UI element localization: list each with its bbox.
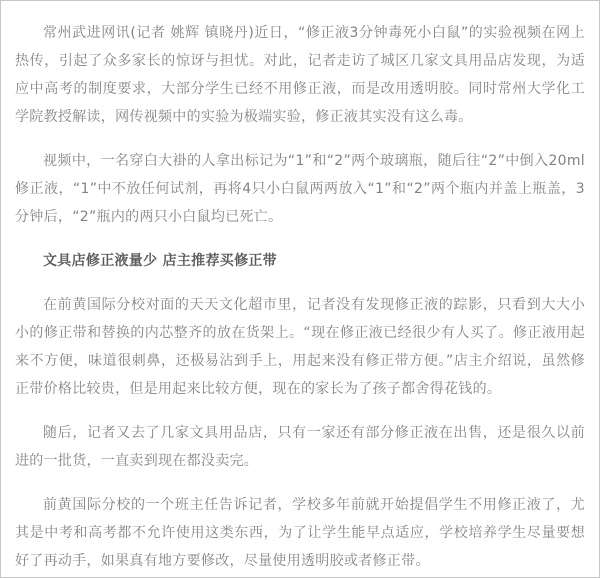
section-heading: 文具店修正液量少 店主推荐买修正带 [15,247,585,275]
paragraph-store-visit: 在前黄国际分校对面的天天文化超市里，记者没有发现修正液的踪影，只看到大大小小的修… [15,291,585,403]
paragraph-intro: 常州武进网讯(记者 姚辉 镇晓丹)近日，“修正液3分钟毒死小白鼠”的实验视频在网… [15,19,585,131]
paragraph-school-policy: 前黄国际分校的一个班主任告诉记者，学校多年前就开始提倡学生不用修正液了，尤其是中… [15,491,585,575]
paragraph-experiment-description: 视频中，一名穿白大褂的人拿出标记为“1”和“2”两个玻璃瓶，随后往“2”中倒入2… [15,147,585,231]
article-page: 常州武进网讯(记者 姚辉 镇晓丹)近日，“修正液3分钟毒死小白鼠”的实验视频在网… [0,0,600,578]
paragraph-other-stores: 随后，记者又去了几家文具用品店，只有一家还有部分修正液在出售，还是很久以前进的一… [15,419,585,475]
